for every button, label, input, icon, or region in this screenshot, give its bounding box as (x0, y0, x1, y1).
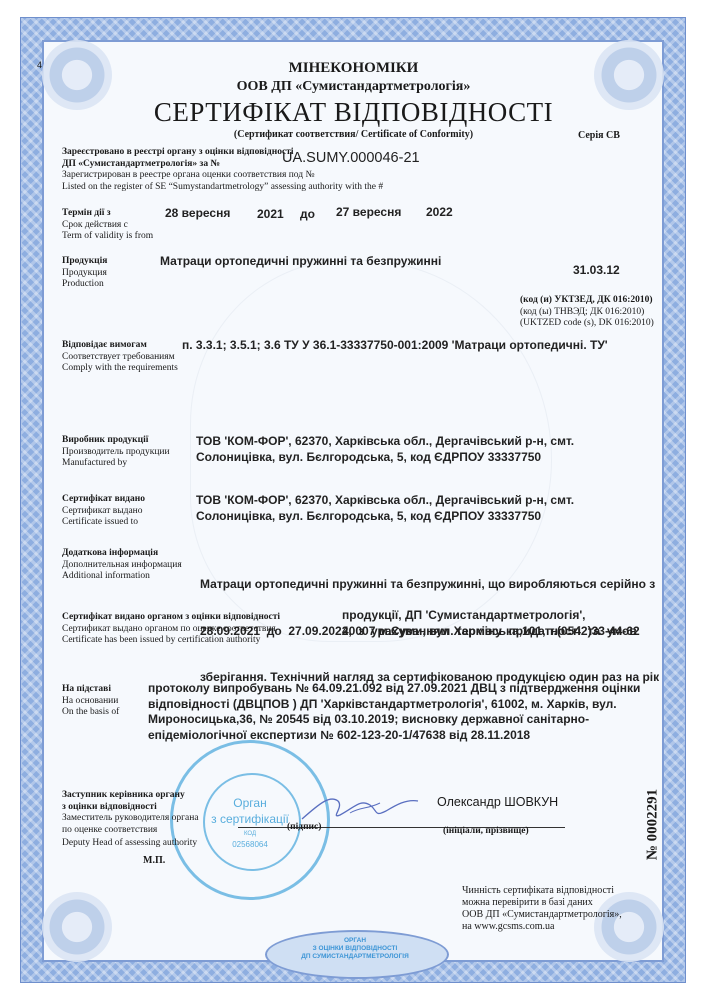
verify-website-link[interactable]: на www.gcsms.com.ua (462, 921, 622, 933)
product-code: 31.03.12 (573, 263, 620, 277)
corner-ornament-icon (42, 892, 112, 962)
document-title: СЕРТИФІКАТ ВІДПОВІДНОСТІ (0, 97, 707, 128)
product-code-label: (код (и) УКТЗЕД, ДК 016:2010) (код (ы) Т… (520, 295, 654, 330)
seal-label: М.П. (143, 855, 165, 866)
valid-to-word: до (300, 207, 315, 221)
manufacturer-label-uk: Виробник продукції (62, 435, 170, 447)
manufacturer-label: Виробник продукції Производитель продукц… (62, 435, 170, 470)
requirements-value: п. 3.3.1; 3.5.1; 3.6 ТУ У 36.1-33337750-… (182, 338, 608, 352)
issued-by-line: 40007 м.Суми, вул.Харківська,101, т.(054… (342, 624, 640, 640)
manufacturer-address: ТОВ 'КОМ-ФОР', 62370, Харківська обл., Д… (196, 434, 574, 465)
basis-label-en: On the basis of (62, 707, 119, 719)
additional-label-uk: Додаткова інформація (62, 548, 182, 560)
valid-to-date: 27 вересня (336, 205, 401, 219)
basis-text: протоколу випробувань № 64.09.21.092 від… (148, 681, 640, 743)
name-caption: (ініціали, прізвище) (443, 826, 529, 836)
issued-by-authority: продукції, ДП 'Сумистандартметрологія', … (342, 608, 640, 639)
valid-to-year: 2022 (426, 205, 453, 219)
verify-line: Чинність сертифіката відповідності (462, 885, 622, 897)
signatory-label-en: Deputy Head of assessing authority (62, 838, 199, 850)
basis-line: Мироносицька,36, № 20545 від 03.10.2019;… (148, 712, 640, 728)
stamp-code-label: КОД (225, 831, 275, 837)
registry-body: ООВ ДП «Сумистандартметрологія» (0, 79, 707, 95)
issued-to-label-en: Certificate issued to (62, 517, 145, 529)
signatory-label-ru: Заместитель руководителя органа (62, 813, 199, 825)
verify-line: ООВ ДП «Сумистандартметрологія», (462, 909, 622, 921)
requirements-label-uk: Відповідає вимогам (62, 340, 178, 352)
issued-to-line: Солоницівка, вул. Бєлгородська, 5, код Є… (196, 509, 574, 525)
registration-label-en: Listed on the register of SE “Sumystanda… (62, 182, 383, 194)
code-label-ru: (код (ы) ТНВЭД; ДК 016:2010) (520, 307, 654, 319)
signatory-label: Заступник керівника органу з оцінки відп… (62, 790, 199, 850)
signature-icon (300, 793, 420, 823)
requirements-label-ru: Соответствует требованиям (62, 352, 178, 364)
verify-line: можна перевірити в базі даних (462, 897, 622, 909)
basis-label: На підставі На основании On the basis of (62, 684, 119, 719)
issued-to-address: ТОВ 'КОМ-ФОР', 62370, Харківська обл., Д… (196, 493, 574, 524)
registration-number: UA.SUMY.000046-21 (282, 150, 420, 166)
requirements-label: Відповідає вимогам Соответствует требова… (62, 340, 178, 375)
valid-from-year: 2021 (257, 207, 284, 221)
product-label: Продукція Продукция Production (62, 256, 107, 291)
validity-label-ru: Срок действия с (62, 220, 153, 232)
emblem-line: ДП СУМИСТАНДАРТМЕТРОЛОГІЯ (265, 953, 445, 961)
issued-by-label: Сертифікат видано органом з оцінки відпо… (62, 612, 280, 647)
manufacturer-label-en: Manufactured by (62, 458, 170, 470)
issued-by-label-uk: Сертифікат видано органом з оцінки відпо… (62, 612, 280, 624)
verification-note: Чинність сертифіката відповідності можна… (462, 885, 622, 933)
manufacturer-label-ru: Производитель продукции (62, 447, 170, 459)
signatory-name: Олександр ШОВКУН (437, 795, 558, 809)
manufacturer-line: ТОВ 'КОМ-ФОР', 62370, Харківська обл., Д… (196, 434, 574, 450)
product-label-uk: Продукція (62, 256, 107, 268)
signatory-label-ru-2: по оценке соответствия (62, 825, 199, 837)
valid-from-date: 28 вересня (165, 206, 230, 220)
emblem-line: ОРГАН (265, 937, 445, 945)
emblem-text: ОРГАН З ОЦІНКИ ВІДПОВІДНОСТІ ДП СУМИСТАН… (265, 937, 445, 961)
basis-line: протоколу випробувань № 64.09.21.092 від… (148, 681, 640, 697)
code-label-uk: (код (и) УКТЗЕД, ДК 016:2010) (520, 295, 654, 307)
additional-line: Матраци ортопедичні пружинні та безпружи… (200, 577, 665, 593)
stamp-text-1: Орган (205, 796, 295, 810)
code-label-en: (UKTZED code (s), DK 016:2010) (520, 318, 654, 330)
emblem-line: З ОЦІНКИ ВІДПОВІДНОСТІ (265, 945, 445, 953)
ministry-name: МІНЕКОНОМІКИ (0, 60, 707, 77)
signatory-label-uk-2: з оцінки відповідності (62, 802, 199, 814)
issued-to-label-uk: Сертифікат видано (62, 494, 145, 506)
issued-to-label: Сертифікат видано Сертификат выдано Cert… (62, 494, 145, 529)
validity-label-en: Term of validity is from (62, 231, 153, 243)
issued-by-label-en: Certificate has been issued by certifica… (62, 635, 280, 647)
issued-by-line: продукції, ДП 'Сумистандартметрологія', (342, 608, 640, 624)
issued-to-label-ru: Сертификат выдано (62, 506, 145, 518)
additional-label-ru: Дополнительная информация (62, 560, 182, 572)
requirements-label-en: Comply with the requirements (62, 363, 178, 375)
basis-label-ru: На основании (62, 696, 119, 708)
stamp-code: 02568064 (210, 840, 290, 849)
basis-line: відповідності (ДВЦПОВ ) ДП 'Харківстанда… (148, 697, 640, 713)
registration-label-ru: Зарегистрирован в реестре органа оценки … (62, 170, 383, 182)
issued-to-line: ТОВ 'КОМ-ФОР', 62370, Харківська обл., Д… (196, 493, 574, 509)
manufacturer-line: Солоницівка, вул. Бєлгородська, 5, код Є… (196, 450, 574, 466)
series-label: Серія СВ (578, 130, 620, 141)
product-label-en: Production (62, 279, 107, 291)
basis-label-uk: На підставі (62, 684, 119, 696)
validity-label: Термін дії з Срок действия с Term of val… (62, 208, 153, 243)
additional-label-en: Additional information (62, 571, 182, 583)
product-name: Матраци ортопедичні пружинні та безпружи… (160, 254, 441, 268)
issued-by-label-ru: Сертификат выдано органом по оценке соот… (62, 624, 280, 636)
product-label-ru: Продукция (62, 268, 107, 280)
serial-number: № 0002291 (645, 780, 662, 870)
signature-caption: (підпис) (287, 822, 321, 832)
signatory-label-uk: Заступник керівника органу (62, 790, 199, 802)
additional-info-label: Додаткова інформація Дополнительная инфо… (62, 548, 182, 583)
basis-line: епідеміологічної експертизи № 602-123-20… (148, 728, 640, 744)
validity-label-uk: Термін дії з (62, 208, 153, 220)
